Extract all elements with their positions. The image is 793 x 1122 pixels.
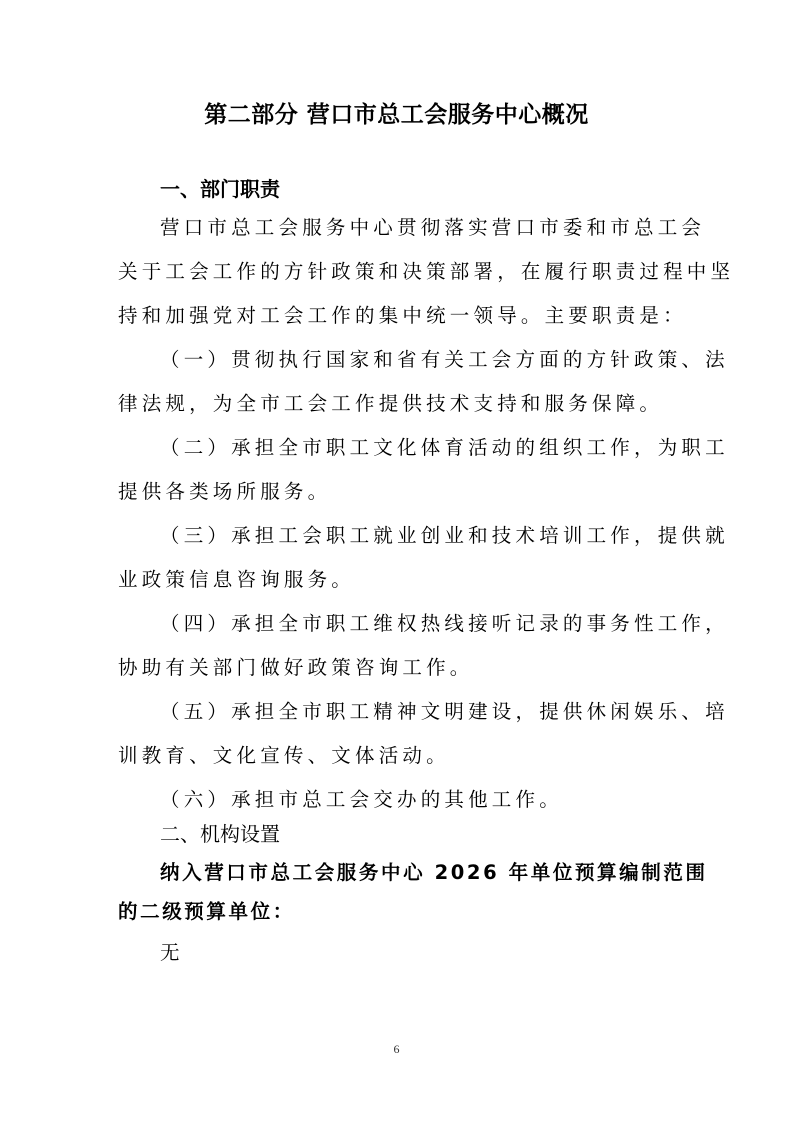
duty-item-2-line-2: 提供各类场所服务。	[118, 479, 331, 505]
duty-item-4-line-1: （四）承担全市职工维权热线接听记录的事务性工作，	[160, 611, 729, 637]
bold-paragraph-line: 的二级预算单位：	[118, 899, 295, 925]
duty-item-3-line-2: 业政策信息咨询服务。	[118, 567, 355, 593]
paragraph-line: 关于工会工作的方针政策和决策部署，在履行职责过程中坚	[118, 259, 734, 285]
duty-item-5-line-2: 训教育、文化宣传、文体活动。	[118, 743, 450, 769]
section-heading-department-duties: 一、部门职责	[160, 176, 280, 202]
duty-item-4-line-2: 协助有关部门做好政策咨询工作。	[118, 655, 474, 681]
bold-paragraph-line: 纳入营口市总工会服务中心 2026 年单位预算编制范围	[160, 860, 708, 886]
page-title: 第二部分 营口市总工会服务中心概况	[0, 100, 793, 130]
duty-item-1-line-1: （一）贯彻执行国家和省有关工会方面的方针政策、法	[160, 347, 729, 373]
paragraph-line: 营口市总工会服务中心贯彻落实营口市委和市总工会	[160, 215, 705, 241]
answer-text: 无	[160, 940, 184, 966]
paragraph-line: 持和加强党对工会工作的集中统一领导。主要职责是：	[118, 303, 687, 329]
duty-item-1-line-2: 律法规，为全市工会工作提供技术支持和服务保障。	[118, 391, 663, 417]
duty-item-6-line-1: （六）承担市总工会交办的其他工作。	[160, 787, 563, 813]
duty-item-5-line-1: （五）承担全市职工精神文明建设，提供休闲娱乐、培	[160, 699, 729, 725]
page-number: 6	[0, 1042, 793, 1057]
duty-item-3-line-1: （三）承担工会职工就业创业和技术培训工作，提供就	[160, 523, 729, 549]
document-page: 第二部分 营口市总工会服务中心概况 一、部门职责 营口市总工会服务中心贯彻落实营…	[0, 0, 793, 1122]
duty-item-2-line-1: （二）承担全市职工文化体育活动的组织工作，为职工	[160, 435, 729, 461]
section-heading-organization: 二、机构设置	[160, 821, 280, 847]
